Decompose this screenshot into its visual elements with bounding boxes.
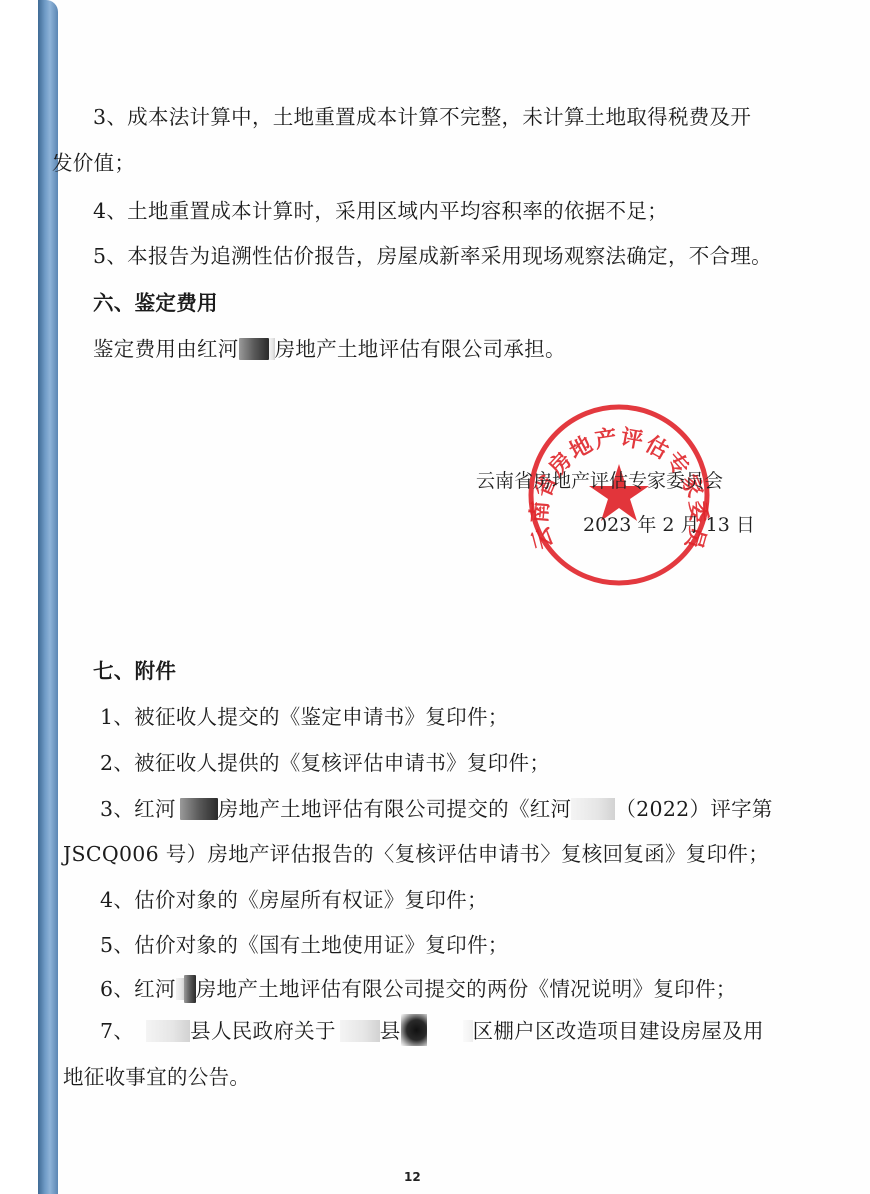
redaction-block	[340, 1020, 380, 1042]
redaction-block	[176, 978, 184, 1000]
document-page	[58, 0, 870, 1194]
finding-3-line-1: 3、成本法计算中，土地重置成本计算不完整，未计算土地取得税费及开	[93, 104, 751, 130]
redaction-block	[463, 1020, 473, 1042]
section-7-heading: 七、附件	[93, 658, 176, 684]
page-number: 12	[404, 1170, 421, 1184]
section-6-body: 鉴定费用由红河房地产土地评估有限公司承担。	[93, 336, 566, 362]
attachment-item-7-line-1: 7、县人民政府关于县区棚户区改造项目建设房屋及用	[100, 1018, 764, 1046]
attachment-item-1: 1、被征收人提交的《鉴定申请书》复印件；	[100, 704, 509, 730]
attachment-item-2: 2、被征收人提供的《复核评估申请书》复印件；	[100, 750, 550, 776]
attachment-item-3-part-1: 3、红河	[100, 797, 176, 821]
redaction-block	[401, 1014, 427, 1046]
finding-3-line-2: 发价值；	[52, 150, 135, 176]
attachment-item-3-line-2: JSCQ006 号）房地产评估报告的〈复核评估申请书〉复核回复函》复印件；	[63, 841, 769, 867]
official-seal-stamp: 云南省房地产评估专家委员会	[526, 402, 712, 588]
attachment-item-3-line-1: 3、红河房地产土地评估有限公司提交的《红河（2022）评字第	[100, 796, 773, 822]
attachment-item-7-line-2: 地征收事宜的公告。	[63, 1064, 250, 1090]
redaction-block	[146, 1020, 190, 1042]
attachment-item-7-part-2: 县人民政府关于	[190, 1019, 336, 1043]
attachment-item-6: 6、红河房地产土地评估有限公司提交的两份《情况说明》复印件；	[100, 976, 737, 1003]
finding-5: 5、本报告为追溯性估价报告，房屋成新率采用现场观察法确定，不合理。	[93, 243, 772, 269]
attachment-item-3-part-3: （2022）评字第	[615, 797, 772, 821]
attachment-item-7-part-3: 县	[380, 1019, 401, 1043]
redaction-block	[571, 798, 615, 820]
attachment-item-5: 5、估价对象的《国有土地使用证》复印件；	[100, 932, 509, 958]
redaction-block	[184, 975, 196, 1003]
section-6-body-suffix: 房地产土地评估有限公司承担。	[275, 337, 566, 361]
signature-organization: 云南省房地产评估专家委员会	[476, 466, 723, 493]
signature-date: 2023 年 2 月 13 日	[583, 510, 755, 537]
section-6-body-prefix: 鉴定费用由红河	[93, 337, 239, 361]
attachment-item-7-part-4: 区棚户区改造项目建设房屋及用	[473, 1019, 764, 1043]
attachment-item-3-part-2: 房地产土地评估有限公司提交的《红河	[218, 797, 572, 821]
binder-strip	[38, 0, 58, 1194]
redaction-block	[239, 338, 269, 360]
attachment-item-7-part-1: 7、	[100, 1019, 134, 1043]
redaction-block	[180, 798, 218, 820]
attachment-item-6-part-2: 房地产土地评估有限公司提交的两份《情况说明》复印件；	[196, 977, 737, 1001]
attachment-item-4: 4、估价对象的《房屋所有权证》复印件；	[100, 887, 488, 913]
finding-4: 4、土地重置成本计算时，采用区域内平均容积率的依据不足；	[93, 198, 668, 224]
section-6-heading: 六、鉴定费用	[93, 290, 218, 316]
attachment-item-6-part-1: 6、红河	[100, 977, 176, 1001]
